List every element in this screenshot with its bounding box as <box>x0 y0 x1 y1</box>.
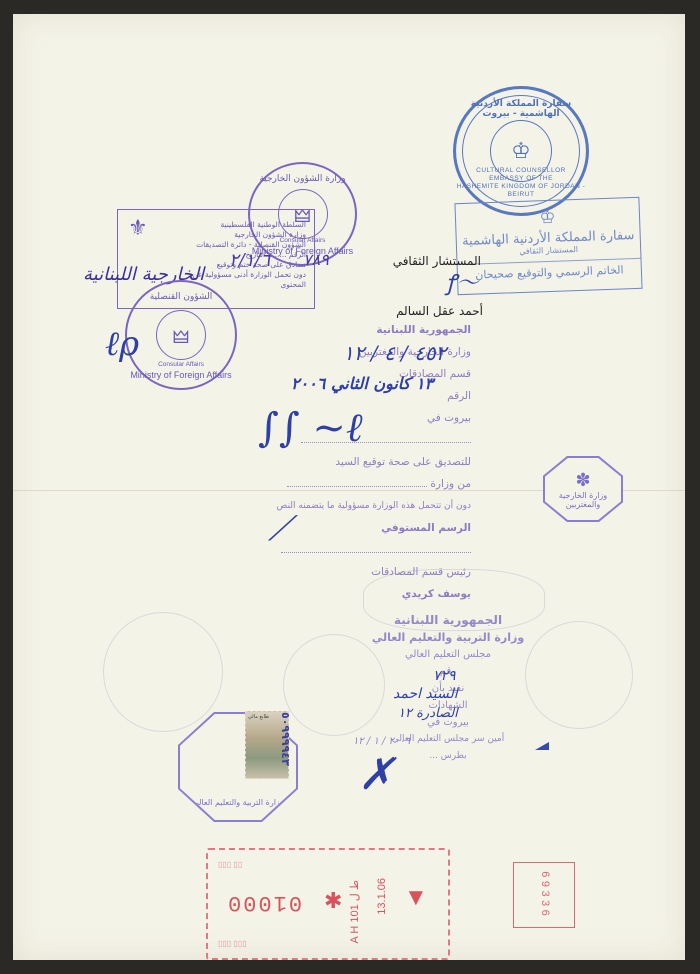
eagle-emblem-icon: 🜲 <box>156 310 206 360</box>
official-signature: ∫∫ ~ℓ <box>258 404 363 451</box>
jordan-crown-icon: ♔ <box>539 207 556 229</box>
counsellor-signature: ꝭ〜 <box>446 266 478 297</box>
asterisk-icon: ✱ <box>324 888 342 914</box>
postal-meter-logo-icon: ▼ <box>404 884 428 912</box>
lebanon-mfa-octagon-seal: ✽ وزارة الخارجية والمغتربين <box>543 456 623 522</box>
handwritten-number: ٧٨٩ <box>303 250 329 269</box>
head-signature: ⟋ <box>268 509 292 549</box>
official-signature: ℓρ <box>105 324 139 364</box>
secretary-signature: ✗ <box>358 749 395 800</box>
faded-seal <box>103 612 223 732</box>
meter-date: 13.1.06 <box>376 878 388 915</box>
fiscal-serial: ٥٠٩٩٩٩٤٣ <box>279 712 292 766</box>
document-page: سفارة المملكة الأردنية الهاشمية - بيروت … <box>13 14 685 960</box>
handwritten-ref: ٧٢٩ <box>433 668 456 684</box>
mofa-consular-round-seal: الشؤون القنصلية 🜲 Consular Affairs Minis… <box>125 280 237 390</box>
cedar-emblem-icon: ✽ <box>545 470 621 491</box>
seal-arabic-text: سفارة المملكة الأردنية الهاشمية - بيروت <box>456 99 586 119</box>
jordan-embassy-seal: سفارة المملكة الأردنية الهاشمية - بيروت … <box>453 86 589 216</box>
stamp-line: الخاتم الرسمي والتوقيع صحيحان <box>458 258 642 282</box>
serial-number-box: 69336 <box>513 862 575 928</box>
faded-seal <box>525 621 633 729</box>
seal-english-text: CULTURAL COUNSELLOR EMBASSY OF THE HASHE… <box>456 167 586 199</box>
handwritten-ref-number: ٤٥٢ / ٤ / ١٢ <box>343 341 446 365</box>
handwritten-date: ٢٠٠٦ / ١ / ١٢ <box>353 736 410 747</box>
meter-amount: 01000 <box>226 890 302 915</box>
postage-meter-imprint: ▯▯▯ ▯▯ 01000 ✱ A H 101 ط ل 13.1.06 ▼ ▯▯▯… <box>206 848 450 960</box>
handwritten-cert: الصادرة ١٢ <box>398 706 458 721</box>
handwritten-name: السيد احمد <box>393 686 458 702</box>
handwritten-date: ٢/١/٦ <box>229 250 270 271</box>
ink-mark <box>535 742 549 750</box>
counsellor-name: أحمد عقل السالم <box>363 304 483 318</box>
fiscal-revenue-stamp: طابع مالي ٥٠٩٩٩٩٤٣ <box>245 711 289 779</box>
jordan-attestation-stamp: ♔ سفارة المملكة الأردنية الهاشمية المستش… <box>454 197 642 295</box>
handwritten-date: ١٣ كانون الثاني ٢٠٠٦ <box>291 374 433 393</box>
eagle-emblem-icon: ⚜ <box>128 224 148 234</box>
